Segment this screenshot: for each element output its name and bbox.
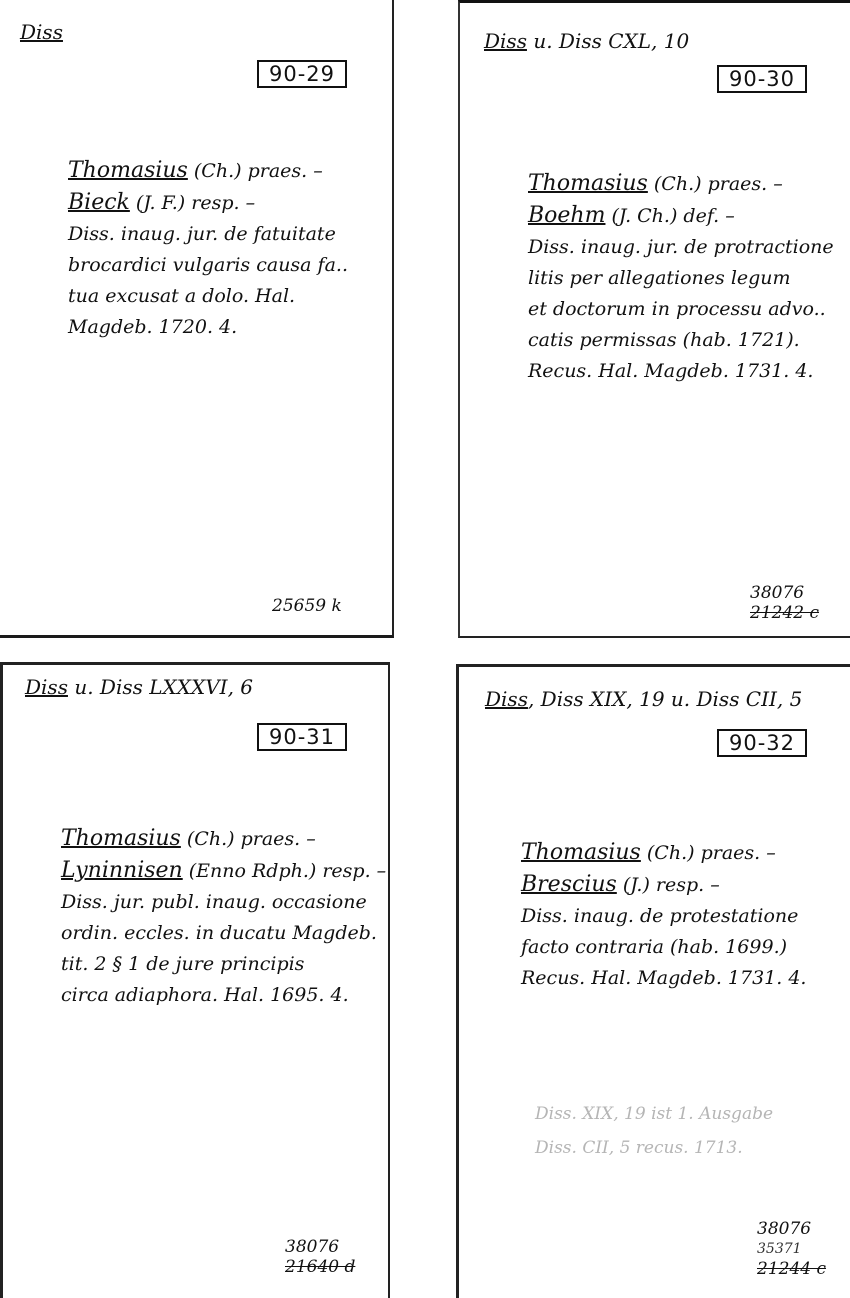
shelfmark-prefix: Diss: [20, 20, 63, 44]
entry-line: tua excusat a dolo. Hal.: [68, 281, 348, 312]
entry-line: tit. 2 § 1 de jure principis: [61, 949, 386, 980]
entry-line-presider: Thomasius (Ch.) praes. –: [521, 837, 806, 869]
shelfmark: Diss u. Diss LXXXVI, 6: [25, 675, 253, 699]
entry-line: Magdeb. 1720. 4.: [68, 312, 348, 343]
author-name: Thomasius: [61, 826, 181, 851]
bibliographic-entry: Thomasius (Ch.) praes. – Bieck (J. F.) r…: [68, 155, 348, 343]
accession-current: 38076: [750, 583, 819, 603]
call-number-box: 90-31: [257, 723, 347, 751]
entry-line: Recus. Hal. Magdeb. 1731. 4.: [528, 356, 834, 387]
call-number-box: 90-32: [717, 729, 807, 757]
accession-former: 21640 d: [285, 1257, 355, 1277]
entry-line: litis per allegationes legum: [528, 263, 834, 294]
entry-line: Diss. inaug. jur. de fatuitate: [68, 219, 348, 250]
accession-number: 25659 k: [272, 596, 342, 616]
entry-line: catis permissas (hab. 1721).: [528, 325, 834, 356]
author-name: Thomasius: [528, 171, 648, 196]
accession-current: 25659 k: [272, 596, 342, 616]
accession-number: 38076 21640 d: [285, 1237, 355, 1277]
entry-line-presider: Thomasius (Ch.) praes. –: [68, 155, 348, 187]
accession-former: 21242 c: [750, 603, 819, 623]
shelfmark: Diss, Diss XIX, 19 u. Diss CII, 5: [485, 687, 802, 711]
accession-former-struck: 21244 c: [757, 1259, 826, 1279]
author-name: Thomasius: [68, 158, 188, 183]
bibliographic-entry: Thomasius (Ch.) praes. – Lyninnisen (Enn…: [61, 823, 386, 1011]
pencil-annotation: Diss. XIX, 19 ist 1. Ausgabe Diss. CII, …: [535, 1097, 773, 1165]
entry-line-respondent: Bieck (J. F.) resp. –: [68, 187, 348, 219]
entry-line: Diss. jur. publ. inaug. occasione: [61, 887, 386, 918]
entry-line: brocardici vulgaris causa fa..: [68, 250, 348, 281]
shelfmark-rest: u. Diss CXL, 10: [527, 29, 689, 53]
accession-number: 38076 35371 21244 c: [757, 1219, 826, 1279]
shelfmark-rest: u. Diss LXXXVI, 6: [68, 675, 253, 699]
bibliographic-entry: Thomasius (Ch.) praes. – Brescius (J.) r…: [521, 837, 806, 994]
defendant-name: Boehm: [528, 203, 605, 228]
respondent-name: Bieck: [68, 190, 130, 215]
author-name: Thomasius: [521, 840, 641, 865]
respondent-name: Brescius: [521, 872, 617, 897]
shelfmark: Diss: [20, 20, 63, 44]
bibliographic-entry: Thomasius (Ch.) praes. – Boehm (J. Ch.) …: [528, 168, 834, 387]
entry-line: facto contraria (hab. 1699.): [521, 932, 806, 963]
accession-current: 38076: [757, 1219, 826, 1239]
call-number-box: 90-29: [257, 60, 347, 88]
shelfmark-prefix: Diss: [484, 29, 527, 53]
entry-line: Recus. Hal. Magdeb. 1731. 4.: [521, 963, 806, 994]
shelfmark: Diss u. Diss CXL, 10: [484, 29, 689, 53]
accession-number: 38076 21242 c: [750, 583, 819, 623]
accession-former: 35371: [757, 1239, 826, 1259]
catalog-card-90-30: Diss u. Diss CXL, 10 90-30 Thomasius (Ch…: [458, 0, 850, 638]
pencil-note: Diss. CII, 5 recus. 1713.: [535, 1131, 773, 1165]
entry-line: et doctorum in processu advo..: [528, 294, 834, 325]
pencil-note: Diss. XIX, 19 ist 1. Ausgabe: [535, 1097, 773, 1131]
entry-line: circa adiaphora. Hal. 1695. 4.: [61, 980, 386, 1011]
respondent-name: Lyninnisen: [61, 858, 183, 883]
shelfmark-prefix: Diss: [25, 675, 68, 699]
entry-line: Diss. inaug. jur. de protractione: [528, 232, 834, 263]
entry-line-presider: Thomasius (Ch.) praes. –: [61, 823, 386, 855]
accession-current: 38076: [285, 1237, 355, 1257]
entry-line: ordin. eccles. in ducatu Magdeb.: [61, 918, 386, 949]
entry-line-defendant: Boehm (J. Ch.) def. –: [528, 200, 834, 232]
entry-line: Diss. inaug. de protestatione: [521, 901, 806, 932]
catalog-card-90-32: Diss, Diss XIX, 19 u. Diss CII, 5 90-32 …: [456, 664, 850, 1298]
catalog-card-90-29: Diss 90-29 Thomasius (Ch.) praes. – Biec…: [0, 0, 394, 638]
entry-line-respondent: Lyninnisen (Enno Rdph.) resp. –: [61, 855, 386, 887]
shelfmark-prefix: Diss: [485, 687, 528, 711]
entry-line-respondent: Brescius (J.) resp. –: [521, 869, 806, 901]
entry-line-presider: Thomasius (Ch.) praes. –: [528, 168, 834, 200]
shelfmark-rest: , Diss XIX, 19 u. Diss CII, 5: [528, 687, 802, 711]
call-number-box: 90-30: [717, 65, 807, 93]
catalog-card-90-31: Diss u. Diss LXXXVI, 6 90-31 Thomasius (…: [0, 662, 390, 1298]
